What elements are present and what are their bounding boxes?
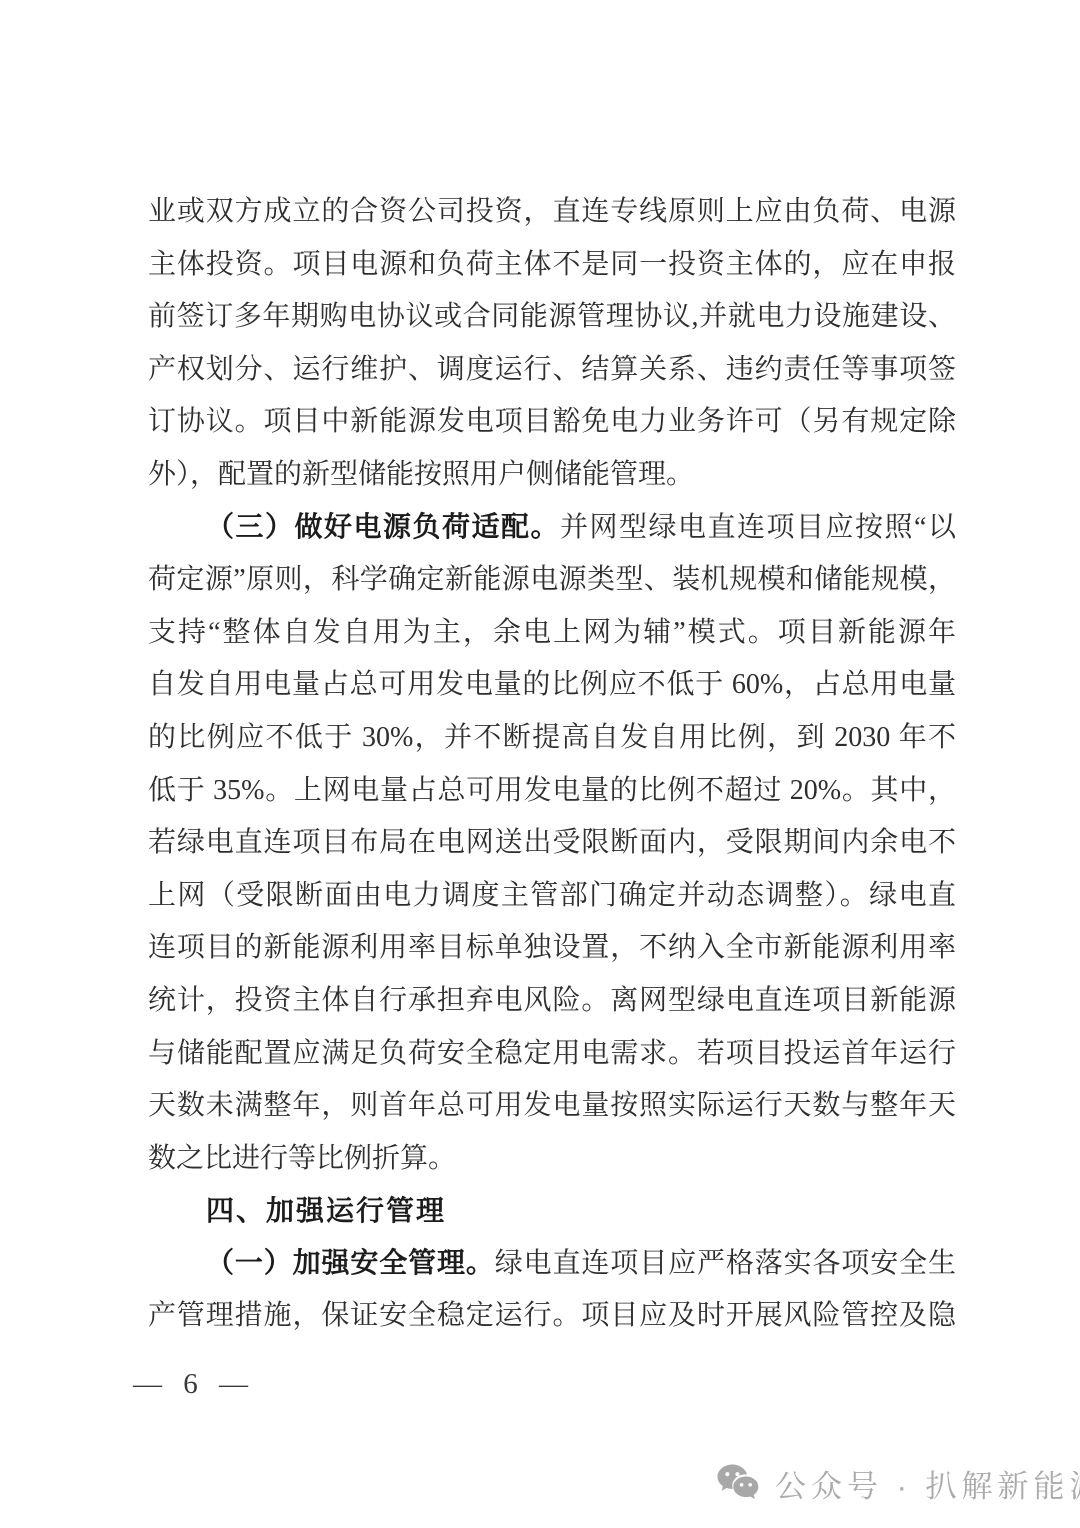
text-segment: 前签订多年期购电协议或合同能源管理协议,并就电力设施建设、 <box>148 301 956 332</box>
text-segment: 天数未满整年，则首年总可用发电量按照实际运行天数与整年天 <box>148 1090 956 1121</box>
document-page: 业或双方成立的合资公司投资，直连专线原则上应由负荷、电源主体投资。项目电源和负荷… <box>0 0 1080 1528</box>
text-segment: 外），配置的新型储能按照用户侧储能管理。 <box>148 459 694 490</box>
text-line: （一）加强安全管理。绿电直连项目应严格落实各项安全生 <box>148 1238 956 1291</box>
document-body: 业或双方成立的合资公司投资，直连专线原则上应由负荷、电源主体投资。项目电源和负荷… <box>148 186 956 1343</box>
text-line: 支持“整体自发自用为主，余电上网为辅”模式。项目新能源年 <box>148 607 956 660</box>
text-segment: 低于 35%。上网电量占总可用发电量的比例不超过 20%。其中， <box>148 775 956 806</box>
text-line: 连项目的新能源利用率目标单独设置，不纳入全市新能源利用率 <box>148 922 956 975</box>
text-line: 主体投资。项目电源和负荷主体不是同一投资主体的，应在申报 <box>148 239 956 292</box>
text-line: （三）做好电源负荷适配。并网型绿电直连项目应按照“以 <box>148 502 956 555</box>
text-line: 自发自用电量占总可用发电量的比例应不低于 60%，占总用电量 <box>148 659 956 712</box>
watermark-text: 公众号 · 扒解新能源 <box>775 1461 1080 1506</box>
text-segment: 若绿电直连项目布局在电网送出受限断面内，受限期间内余电不 <box>148 827 956 858</box>
text-line: 前签订多年期购电协议或合同能源管理协议,并就电力设施建设、 <box>148 291 956 344</box>
text-segment: 与储能配置应满足负荷安全稳定用电需求。若项目投运首年运行 <box>148 1038 956 1069</box>
text-segment: 上网（受限断面由电力调度主管部门确定并动态调整）。绿电直 <box>148 880 956 911</box>
text-line: 若绿电直连项目布局在电网送出受限断面内，受限期间内余电不 <box>148 817 956 870</box>
text-segment: 支持“整体自发自用为主，余电上网为辅”模式。项目新能源年 <box>148 617 956 648</box>
text-segment: 订协议。项目中新能源发电项目豁免电力业务许可（另有规定除 <box>148 406 956 437</box>
wechat-icon <box>715 1462 763 1504</box>
text-segment: 产管理措施，保证安全稳定运行。项目应及时开展风险管控及隐 <box>148 1300 956 1331</box>
text-segment: 连项目的新能源利用率目标单独设置，不纳入全市新能源利用率 <box>148 932 956 963</box>
text-line: 荷定源”原则，科学确定新能源电源类型、装机规模和储能规模， <box>148 554 956 607</box>
text-segment: 业或双方成立的合资公司投资，直连专线原则上应由负荷、电源 <box>148 196 956 227</box>
bold-text-segment: （三）做好电源负荷适配。 <box>206 512 560 543</box>
text-line: 上网（受限断面由电力调度主管部门确定并动态调整）。绿电直 <box>148 870 956 923</box>
text-segment: 数之比进行等比例折算。 <box>148 1143 456 1174</box>
text-line: 与储能配置应满足负荷安全稳定用电需求。若项目投运首年运行 <box>148 1028 956 1081</box>
text-line: 的比例应不低于 30%，并不断提高自发自用比例，到 2030 年不 <box>148 712 956 765</box>
text-line: 产管理措施，保证安全稳定运行。项目应及时开展风险管控及隐 <box>148 1290 956 1343</box>
text-line: 数之比进行等比例折算。 <box>148 1133 956 1186</box>
text-line: 天数未满整年，则首年总可用发电量按照实际运行天数与整年天 <box>148 1080 956 1133</box>
text-line: 外），配置的新型储能按照用户侧储能管理。 <box>148 449 956 502</box>
text-segment: 绿电直连项目应严格落实各项安全生 <box>495 1248 956 1279</box>
text-line: 产权划分、运行维护、调度运行、结算关系、违约责任等事项签 <box>148 344 956 397</box>
watermark: 公众号 · 扒解新能源 <box>715 1455 1080 1511</box>
text-segment: 荷定源”原则，科学确定新能源电源类型、装机规模和储能规模， <box>148 564 956 595</box>
text-segment: 并网型绿电直连项目应按照“以 <box>560 512 956 543</box>
text-line: 低于 35%。上网电量占总可用发电量的比例不超过 20%。其中， <box>148 765 956 818</box>
text-line: 订协议。项目中新能源发电项目豁免电力业务许可（另有规定除 <box>148 396 956 449</box>
text-segment: 主体投资。项目电源和负荷主体不是同一投资主体的，应在申报 <box>148 249 956 280</box>
text-segment: 的比例应不低于 30%，并不断提高自发自用比例，到 2030 年不 <box>148 722 956 753</box>
bold-text-segment: （一）加强安全管理。 <box>206 1248 495 1279</box>
text-line: 统计，投资主体自行承担弃电风险。离网型绿电直连项目新能源 <box>148 975 956 1028</box>
text-line: 业或双方成立的合资公司投资，直连专线原则上应由负荷、电源 <box>148 186 956 239</box>
text-segment: 自发自用电量占总可用发电量的比例应不低于 60%，占总用电量 <box>148 669 956 700</box>
section-heading: 四、加强运行管理 <box>148 1185 956 1238</box>
page-number: — 6 — <box>133 1368 255 1401</box>
bold-text-segment: 四、加强运行管理 <box>206 1195 446 1226</box>
text-segment: 统计，投资主体自行承担弃电风险。离网型绿电直连项目新能源 <box>148 985 956 1016</box>
text-segment: 产权划分、运行维护、调度运行、结算关系、违约责任等事项签 <box>148 354 956 385</box>
